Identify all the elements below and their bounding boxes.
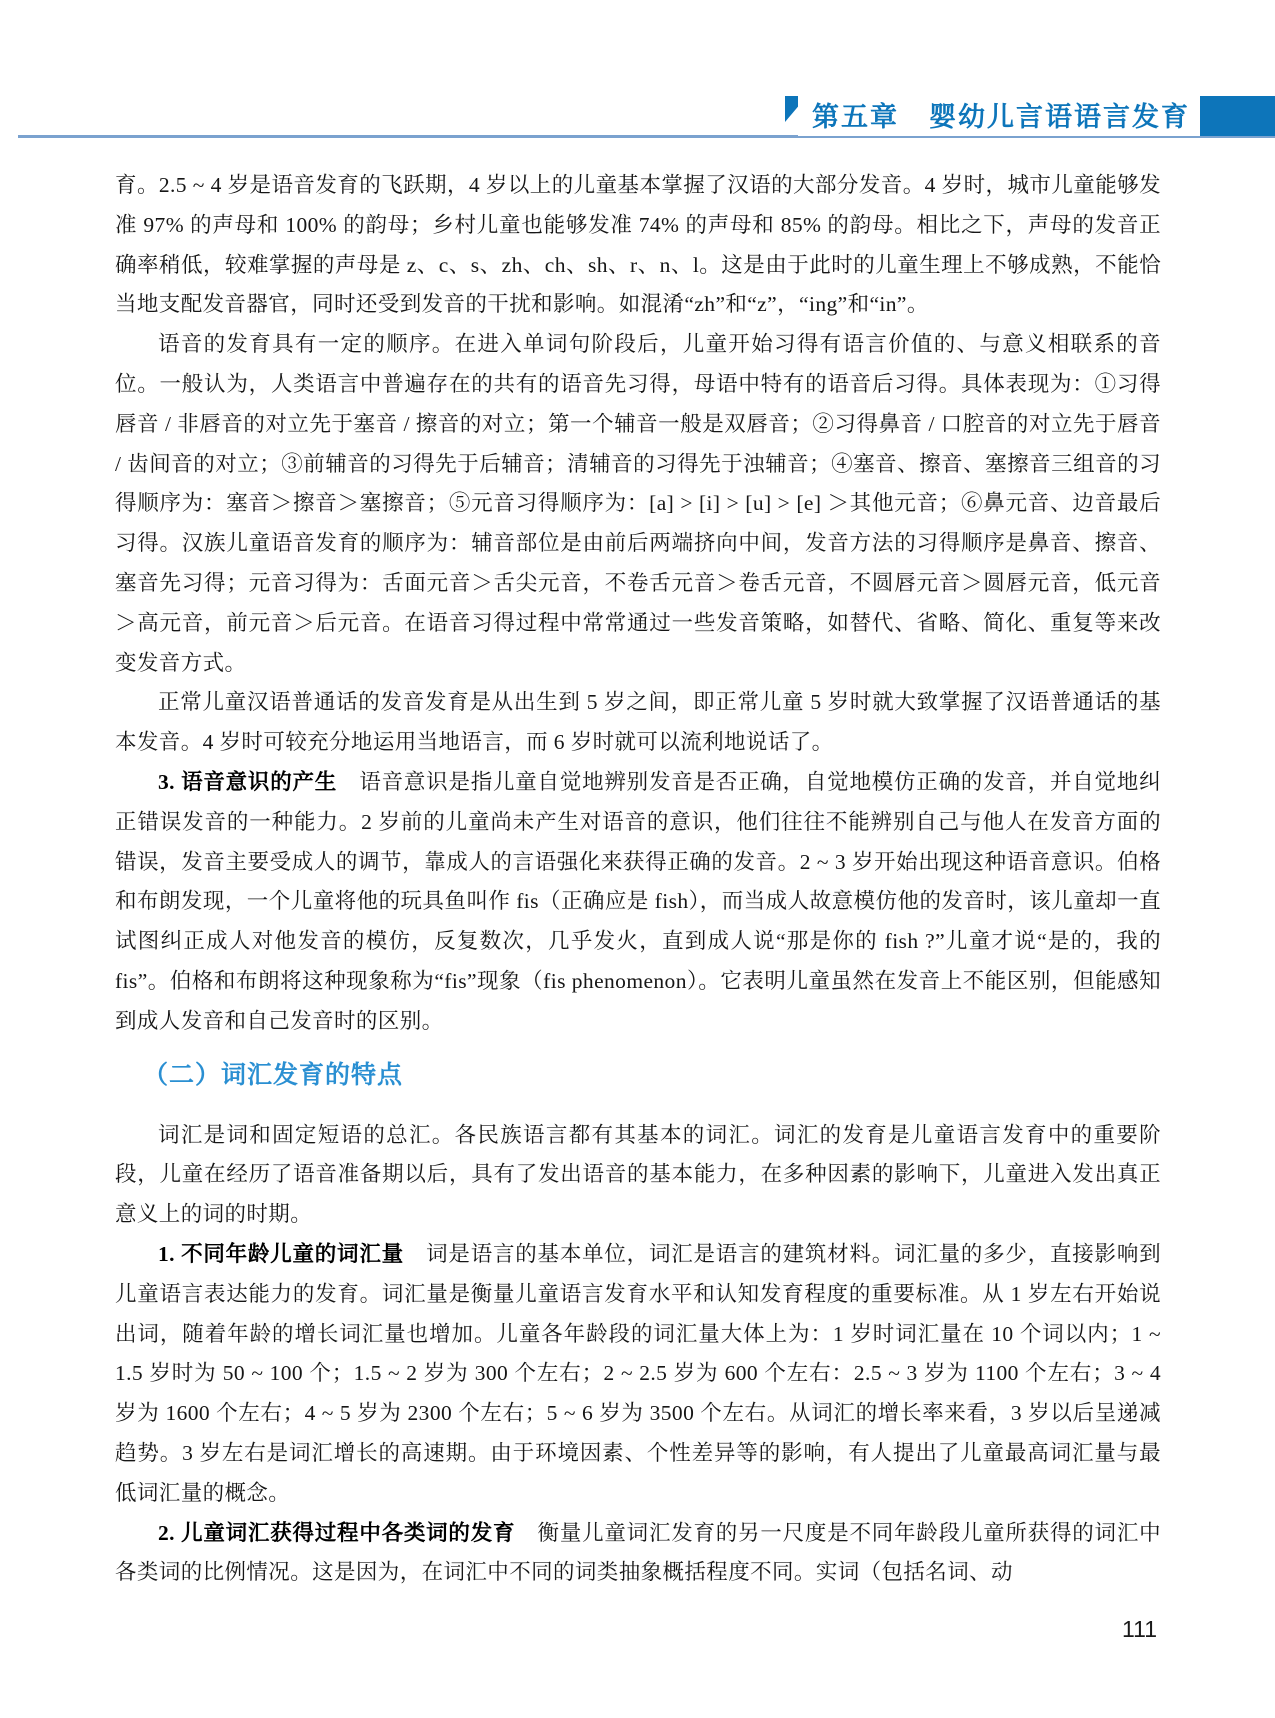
paragraph-phonetic-awareness: 3. 语音意识的产生 语音意识是指儿童自觉地辨别发音是否正确，自觉地模仿正确的发… [115, 763, 1161, 1042]
page-number: 111 [1122, 1616, 1157, 1643]
text-column: 育。2.5 ~ 4 岁是语音发育的飞跃期，4 岁以上的儿童基本掌握了汉语的大部分… [115, 166, 1161, 1593]
paragraph-continuation: 育。2.5 ~ 4 岁是语音发育的飞跃期，4 岁以上的儿童基本掌握了汉语的大部分… [115, 166, 1161, 325]
chapter-number: 第五章 [812, 95, 899, 134]
item-label-2: 2. 儿童词汇获得过程中各类词的发育 [158, 1521, 515, 1545]
item-body-1: 词是语言的基本单位，词汇是语言的建筑材料。词汇量的多少，直接影响到儿童语言表达能… [115, 1242, 1161, 1505]
paragraph-mandarin-development: 正常儿童汉语普通话的发音发育是从出生到 5 岁之间，即正常儿童 5 岁时就大致掌… [115, 683, 1161, 763]
chapter-title: 婴幼儿言语语言发育 [929, 95, 1190, 134]
book-page: 第五章 婴幼儿言语语言发育 育。2.5 ~ 4 岁是语音发育的飞跃期，4 岁以上… [0, 0, 1275, 1718]
item-body-3: 语音意识是指儿童自觉地辨别发音是否正确，自觉地模仿正确的发音，并自觉地纠正错误发… [115, 770, 1161, 1033]
item-label-3: 3. 语音意识的产生 [158, 770, 337, 794]
paragraph-vocabulary-intro: 词汇是词和固定短语的总汇。各民族语言都有其基本的词汇。词汇的发育是儿童语言发育中… [115, 1116, 1161, 1235]
item-label-1: 1. 不同年龄儿童的词汇量 [158, 1242, 404, 1266]
paragraph-word-classes: 2. 儿童词汇获得过程中各类词的发育 衡量儿童词汇发育的另一尺度是不同年龄段儿童… [115, 1514, 1161, 1594]
running-head: 第五章 婴幼儿言语语言发育 [798, 92, 1200, 136]
paragraph-phoneme-order: 语音的发育具有一定的顺序。在进入单词句阶段后，儿童开始习得有语言价值的、与意义相… [115, 325, 1161, 683]
section-heading-vocabulary: （二）词汇发育的特点 [115, 1058, 1161, 1092]
paragraph-vocabulary-size: 1. 不同年龄儿童的词汇量 词是语言的基本单位，词汇是语言的建筑材料。词汇量的多… [115, 1235, 1161, 1514]
